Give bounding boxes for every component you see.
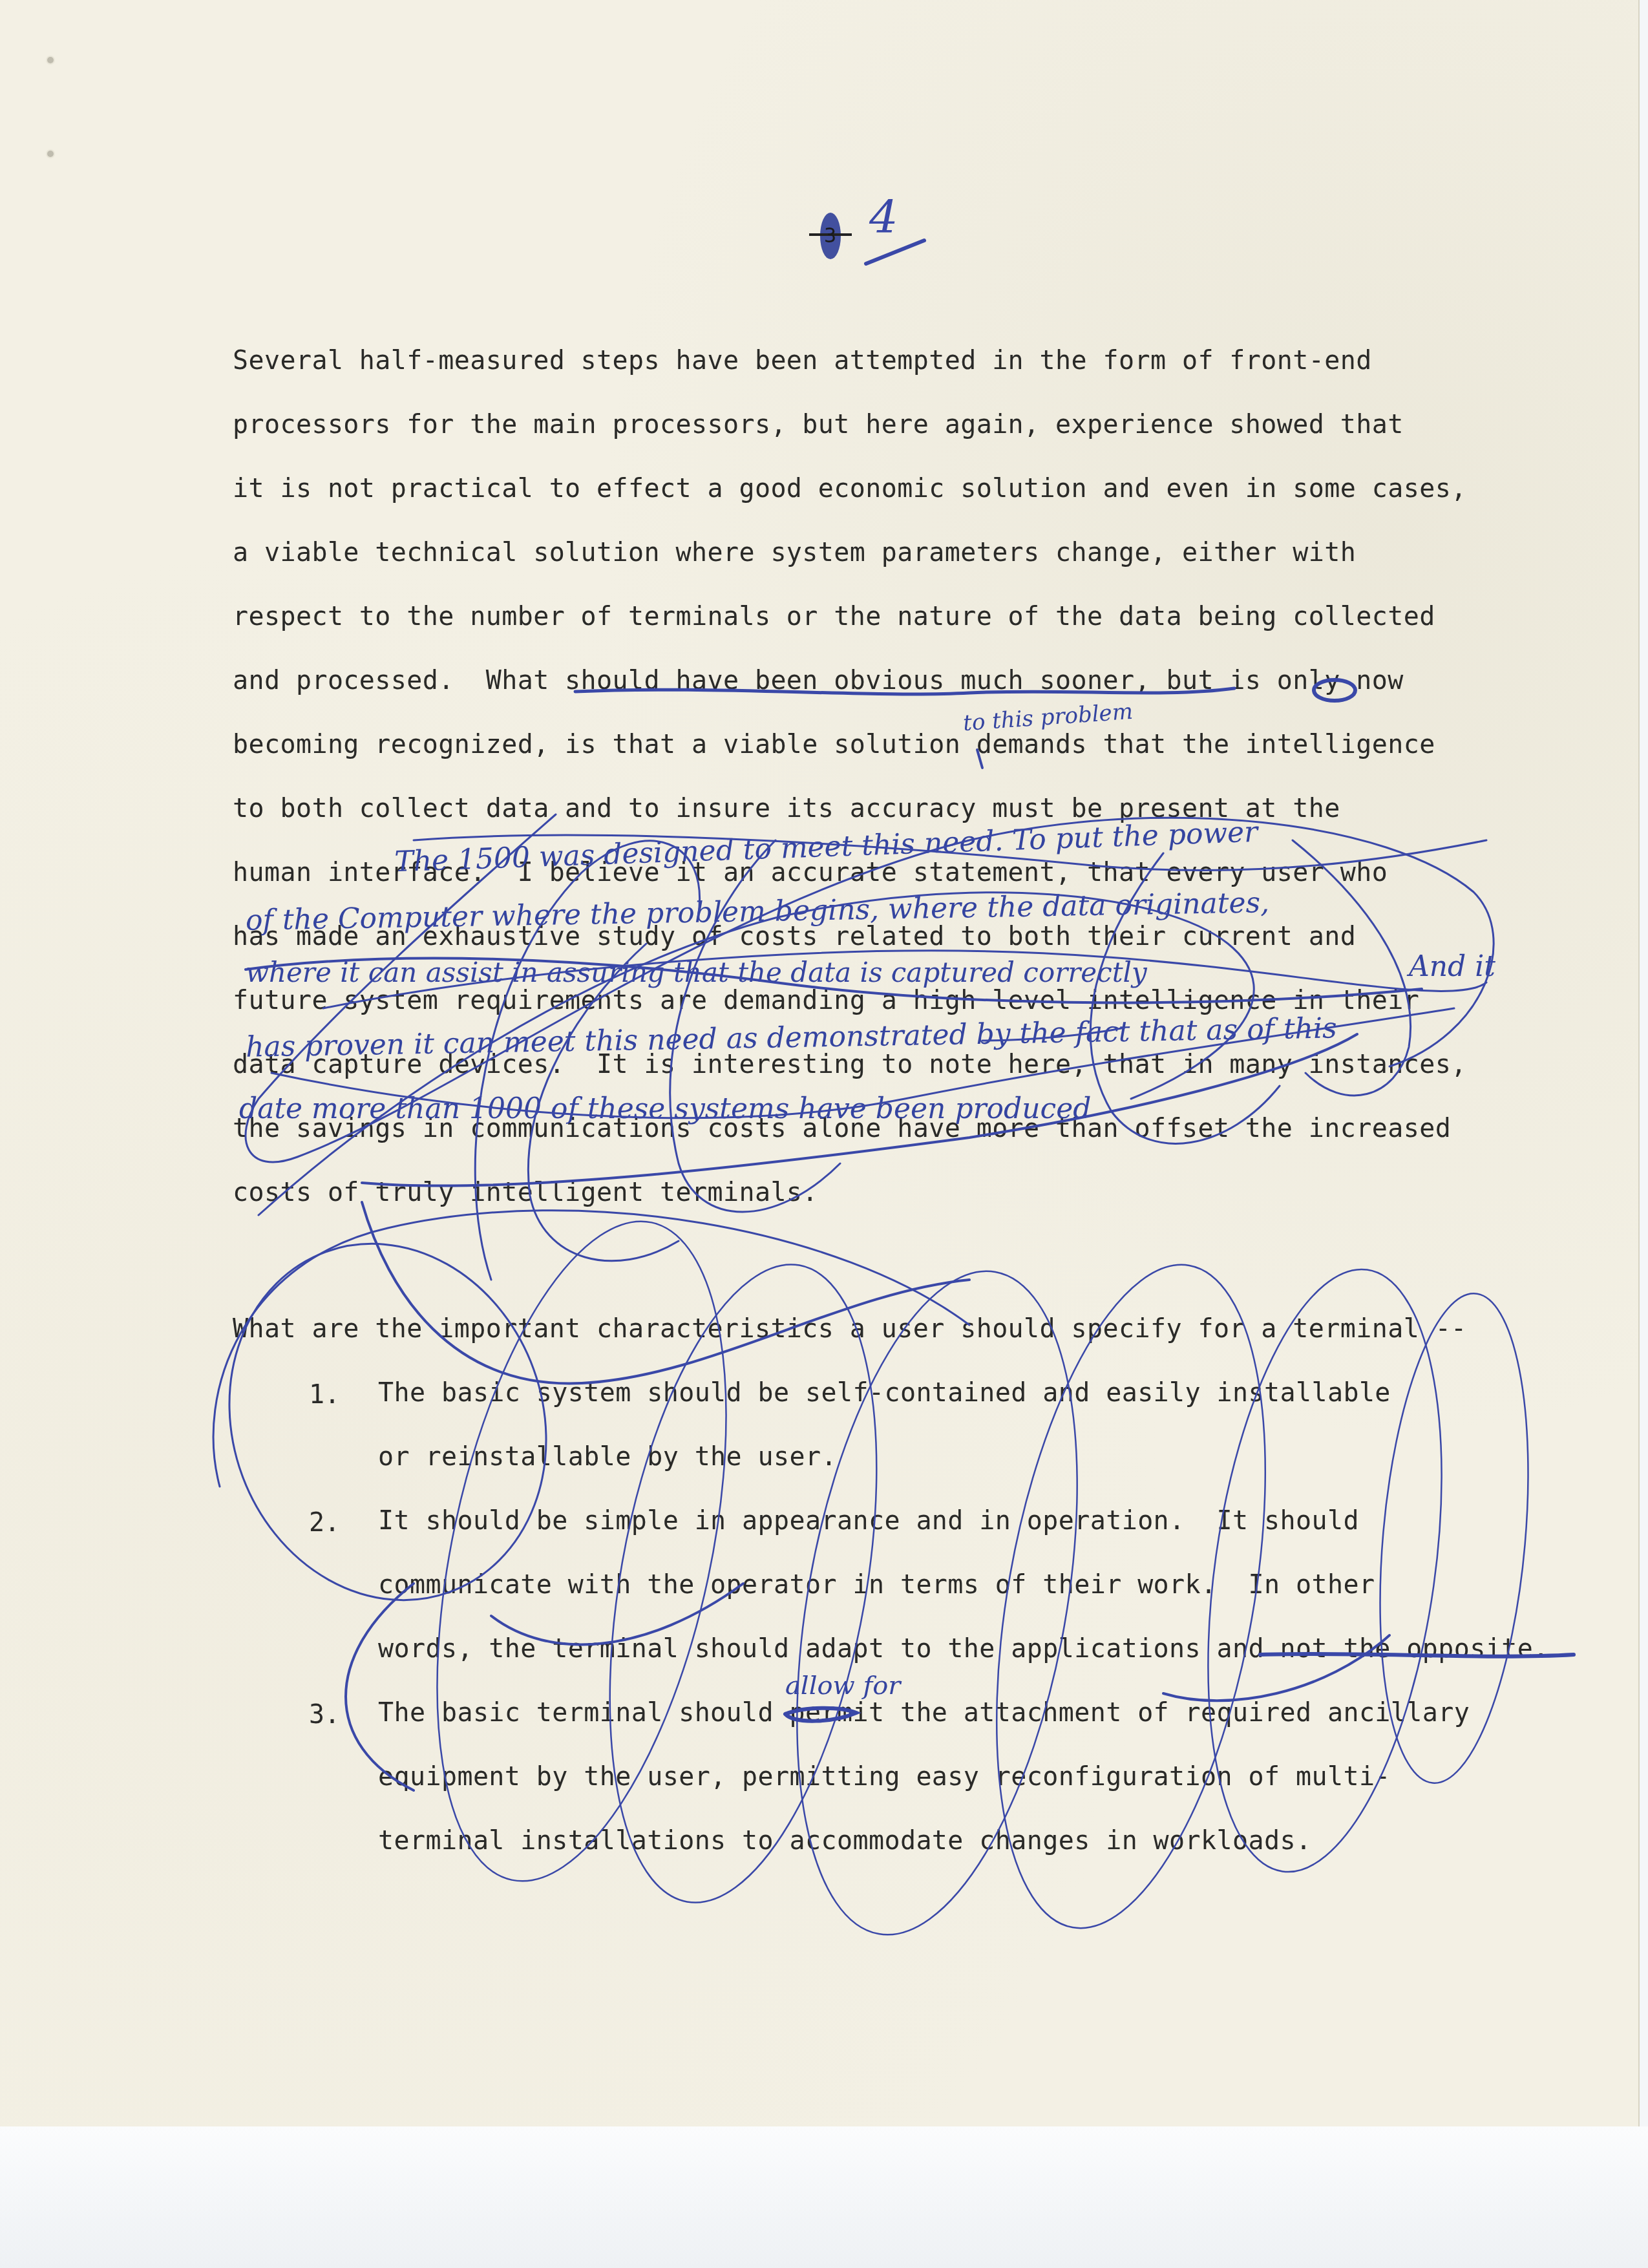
- text-line: or reinstallable by the user.: [378, 1444, 837, 1470]
- text-line: equipment by the user, permitting easy r…: [378, 1764, 1391, 1790]
- text-line: it is not practical to effect a good eco…: [233, 476, 1467, 502]
- text-line: respect to the number of terminals or th…: [233, 604, 1435, 630]
- note-line: where it can assist in assuring that the…: [246, 957, 1147, 988]
- text-line: It should be simple in appearance and in…: [378, 1508, 1359, 1534]
- text-line: Several half-measured steps have been at…: [233, 348, 1372, 374]
- list-number: 3.: [309, 1700, 340, 1730]
- list-number: 1.: [309, 1380, 340, 1410]
- page-number: 3 4: [801, 194, 931, 278]
- handwritten-page-number: 4: [869, 194, 898, 244]
- note-line: date more than 1000 of these systems hav…: [239, 1092, 1091, 1125]
- handwritten-replacement: allow for: [785, 1671, 900, 1701]
- text-line: a viable technical solution where system…: [233, 540, 1356, 566]
- text-line: costs of truly intelligent terminals.: [233, 1180, 818, 1205]
- text-line: The basic terminal should permit the att…: [378, 1700, 1470, 1726]
- question-heading: What are the important characteristics a…: [233, 1316, 1467, 1342]
- text-line: to both collect data and to insure its a…: [233, 796, 1340, 821]
- scanner-background: [0, 2126, 1648, 2268]
- text-line: future system requirements are demanding…: [233, 988, 1419, 1013]
- text-line: processors for the main processors, but …: [233, 412, 1404, 438]
- punch-hole-mark: [47, 57, 54, 63]
- text-line: communicate with the operator in terms o…: [378, 1572, 1375, 1598]
- note-line: And it: [1409, 950, 1495, 983]
- text-line: The basic system should be self-containe…: [378, 1380, 1391, 1406]
- text-line: becoming recognized, is that a viable so…: [233, 732, 1435, 758]
- text-line: words, the terminal should adapt to the …: [378, 1636, 1549, 1662]
- typed-page-number: 3: [824, 223, 836, 248]
- punch-hole-mark: [47, 151, 54, 157]
- text-line: and processed. What should have been obv…: [233, 668, 1404, 694]
- list-number: 2.: [309, 1508, 340, 1538]
- text-line: terminal installations to accommodate ch…: [378, 1828, 1311, 1854]
